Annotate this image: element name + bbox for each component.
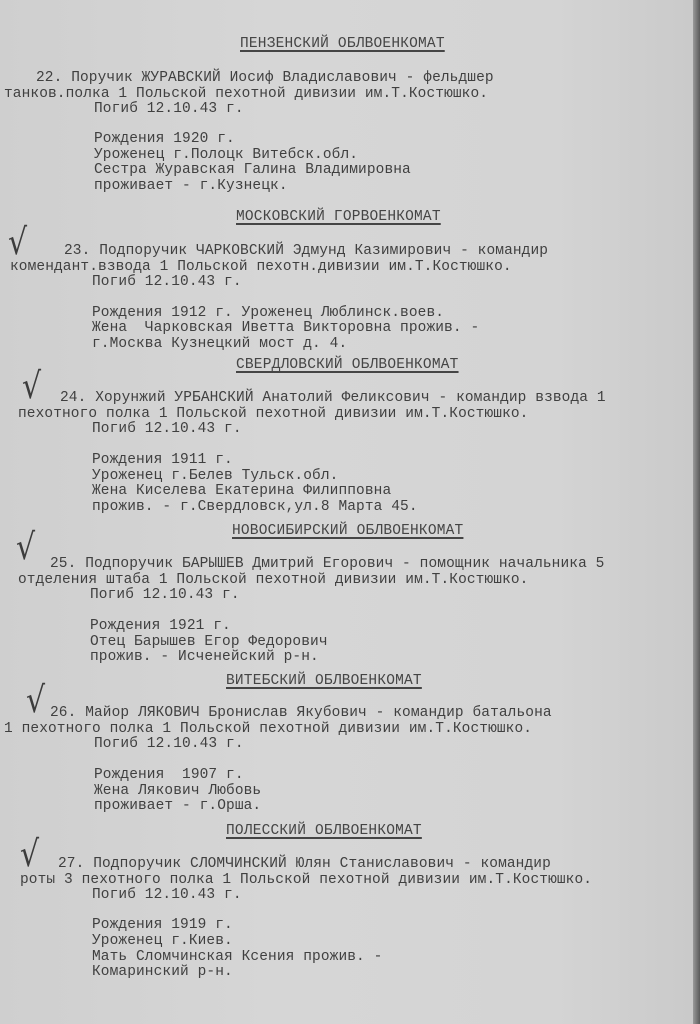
entry-title-line: 27. Подпоручик СЛОМЧИНСКИЙ Юлян Станисла…: [58, 856, 551, 872]
page-edge-shadow: [693, 0, 700, 1024]
death-date: Погиб 12.10.43 г.: [92, 421, 242, 437]
birthplace: Уроженец г.Полоцк Витебск.обл.: [94, 147, 358, 163]
check-mark-icon: √: [8, 225, 27, 261]
death-date: Погиб 12.10.43 г.: [92, 274, 242, 290]
relative: Отец Барышев Егор Федорович: [90, 634, 328, 650]
residence: прожив. - Исченейский р-н.: [90, 649, 319, 665]
death-date: Погиб 12.10.43 г.: [94, 736, 244, 752]
section-heading: СВЕРДЛОВСКИЙ ОБЛВОЕНКОМАТ: [236, 357, 459, 373]
entry-line: танков.полка 1 Польской пехотной дивизии…: [4, 86, 488, 102]
birth-info: Рождения 1912 г. Уроженец Люблинск.воев.: [92, 305, 444, 321]
check-mark-icon: √: [20, 837, 39, 873]
relative: Жена Лякович Любовь: [94, 783, 261, 799]
entry-line: пехотного полка 1 Польской пехотной диви…: [18, 406, 528, 422]
birth-year: Рождения 1919 г.: [92, 917, 233, 933]
birth-year: Рождения 1921 г.: [90, 618, 231, 634]
death-date: Погиб 12.10.43 г.: [92, 887, 242, 903]
birthplace: Уроженец г.Белев Тульск.обл.: [92, 468, 338, 484]
entry-title-line: 25. Подпоручик БАРЫШЕВ Дмитрий Егорович …: [50, 556, 605, 572]
residence: г.Москва Кузнецкий мост д. 4.: [92, 336, 347, 352]
section-heading: ПЕНЗЕНСКИЙ ОБЛВОЕНКОМАТ: [240, 36, 445, 52]
section-heading: ВИТЕБСКИЙ ОБЛВОЕНКОМАТ: [226, 673, 422, 689]
entry-line: 1 пехотного полка 1 Польской пехотной ди…: [4, 721, 532, 737]
check-mark-icon: √: [16, 530, 35, 566]
relative: Сестра Журавская Галина Владимировна: [94, 162, 411, 178]
residence: проживает - г.Кузнецк.: [94, 178, 288, 194]
entry-line: комендант.взвода 1 Польской пехотн.дивиз…: [10, 259, 512, 275]
death-date: Погиб 12.10.43 г.: [90, 587, 240, 603]
relative: Жена Чарковская Иветта Викторовна прожив…: [92, 320, 479, 336]
residence: прожив. - г.Свердловск,ул.8 Марта 45.: [92, 499, 418, 515]
entry-title-line: 23. Подпоручик ЧАРКОВСКИЙ Эдмунд Казимир…: [64, 243, 548, 259]
check-mark-icon: √: [26, 683, 45, 719]
death-date: Погиб 12.10.43 г.: [94, 101, 244, 117]
entry-line: отделения штаба 1 Польской пехотной диви…: [18, 572, 528, 588]
check-mark-icon: √: [22, 369, 41, 405]
entry-title-line: 22. Поручик ЖУРАВСКИЙ Иосиф Владиславови…: [36, 70, 494, 86]
section-heading: МОСКОВСКИЙ ГОРВОЕНКОМАТ: [236, 209, 441, 225]
birth-year: Рождения 1911 г.: [92, 452, 233, 468]
residence: Комаринский р-н.: [92, 964, 233, 980]
entry-title-line: 26. Майор ЛЯКОВИЧ Бронислав Якубович - к…: [50, 705, 552, 721]
birth-year: Рождения 1920 г.: [94, 131, 235, 147]
section-heading: НОВОСИБИРСКИЙ ОБЛВОЕНКОМАТ: [232, 523, 463, 539]
entry-title-line: 24. Хорунжий УРБАНСКИЙ Анатолий Феликсов…: [60, 390, 606, 406]
relative: Жена Киселева Екатерина Филипповна: [92, 483, 391, 499]
birthplace: Уроженец г.Киев.: [92, 933, 233, 949]
section-heading: ПОЛЕССКИЙ ОБЛВОЕНКОМАТ: [226, 823, 422, 839]
entry-line: роты 3 пехотного полка 1 Польской пехотн…: [20, 872, 592, 888]
relative: Мать Сломчинская Ксения прожив. -: [92, 949, 382, 965]
birth-year: Рождения 1907 г.: [94, 767, 244, 783]
residence: проживает - г.Орша.: [94, 798, 261, 814]
